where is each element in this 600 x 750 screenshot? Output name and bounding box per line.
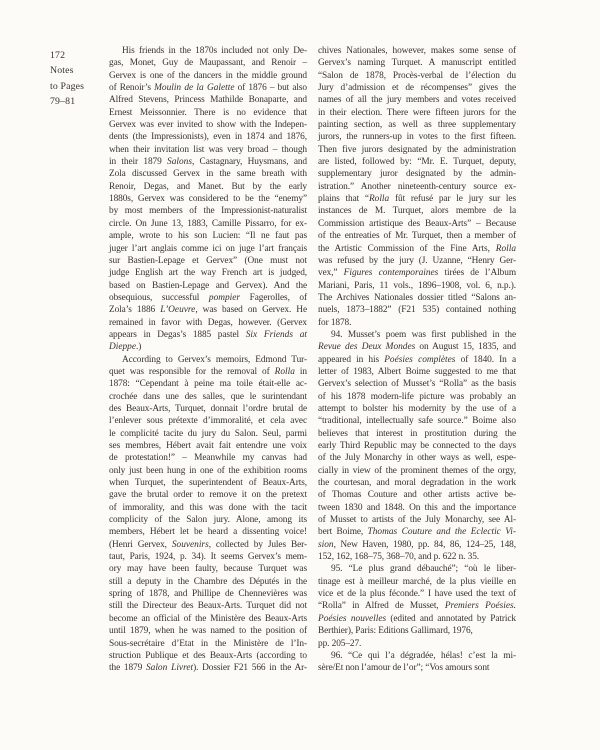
text-line: when Turquet, the superintendent of Beau… (109, 477, 307, 489)
text-line: 96. “Ce qui l’a dégradée, hélas! c’est l… (318, 650, 516, 662)
text-line: Ernest Meissonnier. There is no evidence… (109, 107, 307, 119)
text-line: “Rolla” in Alfred de Musset, Premiers Po… (318, 600, 516, 612)
text-line: members, Hébert let be heard a dissentin… (109, 526, 307, 538)
text-line: the courtesan, and moral degradation in … (318, 477, 516, 489)
text-line: of immorality, and this was done with th… (109, 502, 307, 514)
text-line: 152, 162, 168–75, 368–70, and p. 622 n. … (318, 551, 516, 563)
text-line: gas, Monet, Guy de Maupassant, and Renoi… (109, 57, 307, 69)
text-line: “traditional, intellectually safe source… (318, 415, 516, 427)
text-line: taut, Paris, 1924, p. 34). It seems Gerv… (109, 551, 307, 563)
text-line: struction Publique et des Beaux-Arts (ac… (109, 650, 307, 662)
text-line: juger l’art anglais comme ici on juge l’… (109, 243, 307, 255)
text-line: vex,” Figures contemporaines tirées de l… (318, 267, 516, 279)
text-line: ample, wrote to his son Lucien: “Il ne f… (109, 230, 307, 242)
text-line: the 1879 Salon Livret). Dossier F21 566 … (109, 662, 307, 674)
text-line: circle. On June 13, 1883, Camille Pissar… (109, 218, 307, 230)
text-line: quet was responsible for the removal of … (109, 366, 307, 378)
text-line: nuels, 1873–1882” (F21 535) contained no… (318, 304, 516, 316)
margin-label-line: Notes (50, 63, 84, 78)
text-line: sion, New Haven, 1980, pp. 84, 86, 124–2… (318, 539, 516, 551)
text-line: remained in favor with Degas, however. (… (109, 317, 307, 329)
text-line: plains that “Rolla fût refusé par le jur… (318, 193, 516, 205)
text-line: de protestation!” – Meanwhile my canvas … (109, 452, 307, 464)
text-line: Mariani, Paris, 11 vols., 1896–1908, vol… (318, 280, 516, 292)
text-line: attempt to bolster his modernity by the … (318, 403, 516, 415)
text-line: early Third Republic may be connected to… (318, 440, 516, 452)
text-line: of Musset to artists of the July Monarch… (318, 514, 516, 526)
page-number: 172 (50, 48, 84, 63)
text-line: Gervex’s naming Turquet. A manuscript en… (318, 57, 516, 69)
text-line: of his 1878 modern-life picture was prob… (318, 391, 516, 403)
text-line: complicity of the Salon jury. Alone, amo… (109, 514, 307, 526)
text-line: until 1879, when he was named to the pos… (109, 625, 307, 637)
text-line: the Artistic Commission of the Fine Arts… (318, 243, 516, 255)
text-line: names of all the jury members and votes … (318, 94, 516, 106)
text-line: are listed, followed by: “Mr. E. Turquet… (318, 156, 516, 168)
text-line: cially in view of the prominent themes o… (318, 465, 516, 477)
text-line: Berthier), Paris: Editions Gallimard, 19… (318, 625, 516, 637)
text-line: (Henri Gervex, Souvenirs, collected by J… (109, 539, 307, 551)
left-text-column: His friends in the 1870s included not on… (109, 45, 307, 675)
text-line: jurors, the runners-up in votes to the f… (318, 131, 516, 143)
text-line: still the Directeur des Beaux-Arts. Turq… (109, 600, 307, 612)
text-line: Commission artistique des Beaux-Arts” – … (318, 218, 516, 230)
margin-label-line: to Pages (50, 79, 84, 94)
text-line: Sous-secrétaire d’Etat in the Ministère … (109, 638, 307, 650)
text-line: Poésies nouvelles (edited and annotated … (318, 613, 516, 625)
text-line: for 1878. (318, 317, 516, 329)
text-line: ory may have been faulty, because Turque… (109, 563, 307, 575)
text-line: in their election. There were fifteen ju… (318, 107, 516, 119)
text-line: appeared in his Poésies complètes of 184… (318, 354, 516, 366)
text-line: Dieppe.) (109, 341, 307, 353)
text-line: 1880s, Gervex was considered to be the “… (109, 193, 307, 205)
text-line: ses membres, Hébert avait fait entendre … (109, 440, 307, 452)
text-line: chives Nationales, however, makes some s… (318, 45, 516, 57)
text-line: of the July Monarchy in other ways as we… (318, 452, 516, 464)
text-line: in their 1879 Salons, Castagnary, Huysma… (109, 156, 307, 168)
text-line: Revue des Deux Mondes on August 15, 1835… (318, 341, 516, 353)
book-page: 172 Notes to Pages 79–81 His friends in … (0, 0, 600, 750)
text-line: According to Gervex’s memoirs, Edmond Tu… (109, 354, 307, 366)
text-line: l’enlever sous prétexte d’immoralité, et… (109, 415, 307, 427)
text-line: tinage est à meilleur marché, de la plus… (318, 576, 516, 588)
text-line: 1878: “Cependant à peine ma toile était-… (109, 378, 307, 390)
text-line: The Archives Nationales dossier titled “… (318, 292, 516, 304)
text-line: obsequious, successful pompier Fagerolle… (109, 292, 307, 304)
margin-note: 172 Notes to Pages 79–81 (50, 48, 84, 109)
text-line: Zola’s 1886 L’Oeuvre, was based on Gerve… (109, 304, 307, 316)
text-line: of Renoir’s Moulin de la Galette of 1876… (109, 82, 307, 94)
text-line: sère/Et non l’amour de l’or”; “Vos amour… (318, 662, 516, 674)
text-line: sur Bastien-Lepage et Gervex” (One must … (109, 255, 307, 267)
text-line: supplementary juror designated by the ad… (318, 168, 516, 180)
text-line: was refused by the jury (J. Uzanne, “Hen… (318, 255, 516, 267)
text-line: become an official of the Ministère des … (109, 613, 307, 625)
margin-label-line: 79–81 (50, 94, 84, 109)
text-line: by most members of the Impressionist-nat… (109, 205, 307, 217)
text-line: His friends in the 1870s included not on… (109, 45, 307, 57)
text-line: des Beaux-Arts, Turquet, donnait l’ordre… (109, 403, 307, 415)
text-line: Alfred Stevens, Princess Mathilde Bonapa… (109, 94, 307, 106)
text-line: crochée dans une des salles, que le suri… (109, 391, 307, 403)
text-line: Renoir, Degas, and Manet. But by the ear… (109, 181, 307, 193)
right-text-column: chives Nationales, however, makes some s… (318, 45, 516, 675)
text-line: 94. Musset’s poem was first published in… (318, 329, 516, 341)
text-line: istration.” Another nineteenth-century s… (318, 181, 516, 193)
text-line: when their invitation list was very broa… (109, 144, 307, 156)
text-line: vice et de la plus féconde.” I have used… (318, 588, 516, 600)
text-line: painting section, as well as three suppl… (318, 119, 516, 131)
text-line: gave the brutal order to remove it on th… (109, 489, 307, 501)
text-line: 95. “Le plus grand débauché”; “où le lib… (318, 563, 516, 575)
text-line: Gervex was ever invited to show with the… (109, 119, 307, 131)
text-line: pp. 205–27. (318, 638, 516, 650)
text-line: Gervex’s selection of Musset’s “Rolla” a… (318, 378, 516, 390)
text-line: Gervex is one of the dancers in the midd… (109, 70, 307, 82)
text-line: still a deputy in the Chambre des Député… (109, 576, 307, 588)
text-line: spring of 1878, and Phillipe de Chennevi… (109, 588, 307, 600)
text-line: letter of 1983, Albert Boime suggested t… (318, 366, 516, 378)
text-line: Jury d’admission et de récompenses” give… (318, 82, 516, 94)
text-line: based on Bastien-Lepage and Gervex). And… (109, 280, 307, 292)
text-line: dents (the Impressionists), even in 1874… (109, 131, 307, 143)
text-line: “Salon de 1878, Procès-verbal de l’élect… (318, 70, 516, 82)
text-line: instances de M. Turquet, alors membre de… (318, 205, 516, 217)
text-line: believes that interest in prostitution d… (318, 428, 516, 440)
text-line: le complicité tacite du jury du Salon. S… (109, 428, 307, 440)
text-line: of Thomas Couture and other artists acti… (318, 489, 516, 501)
text-line: bert Boime, Thomas Couture and the Eclec… (318, 526, 516, 538)
text-line: tween 1830 and 1848. On this and the imp… (318, 502, 516, 514)
text-line: judge English art the way French art is … (109, 267, 307, 279)
text-line: only just been hung in one of the exhibi… (109, 465, 307, 477)
text-line: of the entreaties of Mr. Turquet, then a… (318, 230, 516, 242)
text-line: Then five jurors designated by the admin… (318, 144, 516, 156)
text-line: Zola discussed Gervex in the same breath… (109, 168, 307, 180)
text-line: appears in Degas’s 1885 pastel Six Frien… (109, 329, 307, 341)
